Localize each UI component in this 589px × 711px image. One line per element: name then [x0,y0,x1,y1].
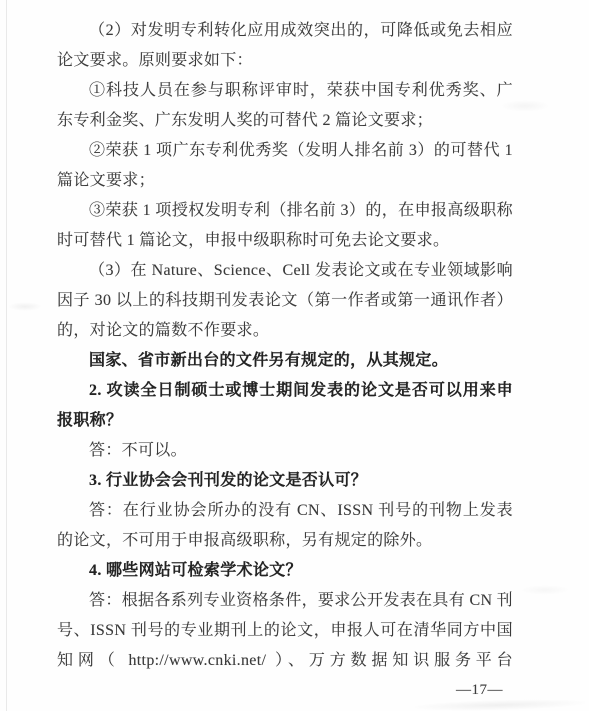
para-item-3-authorized-invention-patent: ③荣获 1 项授权发明专利（排名前 3）的，在申报高级职称时可替代 1 篇论文，… [57,196,513,256]
question-4-heading: 4. 哪些网站可检索学术论文？ [57,556,513,586]
para-national-provincial-rules: 国家、省市新出台的文件另有规定的，从其规定。 [57,346,513,376]
para-patent-conversion-intro: （2）对发明专利转化应用成效突出的，可降低或免去相应论文要求。原则要求如下： [57,16,513,76]
scan-edge-line [6,0,7,711]
scan-smudge [8,302,42,311]
para-item-2-guangdong-patent-award: ②荣获 1 项广东专利优秀奖（发明人排名前 3）的可替代 1 篇论文要求； [57,136,513,196]
question-3-heading: 3. 行业协会会刊刊发的论文是否认可？ [57,466,513,496]
answer-4: 答：根据各系列专业资格条件，要求公开发表在具有 CN 刊号、ISSN 刊号的专业… [57,586,513,676]
answer-3: 答：在行业协会所办的没有 CN、ISSN 刊号的刊物上发表的论文，不可用于申报高… [57,496,513,556]
document-body: （2）对发明专利转化应用成效突出的，可降低或免去相应论文要求。原则要求如下： ①… [57,16,513,676]
document-page: （2）对发明专利转化应用成效突出的，可降低或免去相应论文要求。原则要求如下： ①… [0,0,589,711]
para-nature-science-cell: （3）在 Nature、Science、Cell 发表论文或在专业领域影响因子 … [57,256,513,346]
answer-2: 答：不可以。 [57,436,513,466]
question-2-heading: 2. 攻读全日制硕士或博士期间发表的论文是否可以用来申报职称？ [57,376,513,436]
scan-smudge [520,585,570,595]
page-number: —17— [456,680,503,700]
para-item-1-china-patent-award: ①科技人员在参与职称评审时，荣获中国专利优秀奖、广东专利金奖、广东发明人奖的可替… [57,76,513,136]
